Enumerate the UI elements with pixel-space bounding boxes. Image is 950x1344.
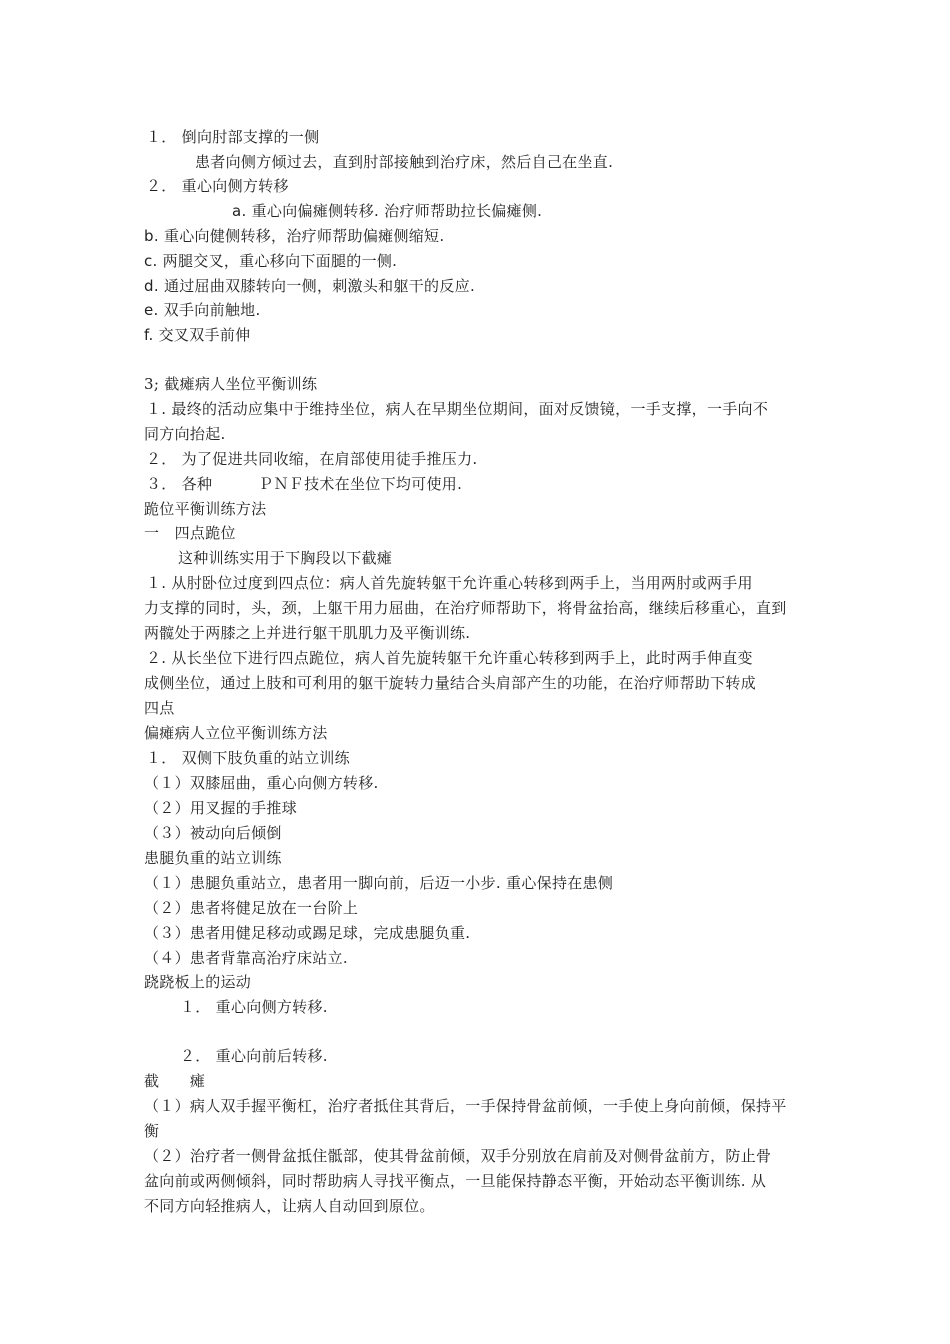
text-line: （２）治疗者一侧骨盆抵住骶部，使其骨盆前倾，双手分别放在肩前及对侧骨盆前方，防止… xyxy=(144,1146,771,1166)
text-line: ２． 为了促进共同收缩，在肩部使用徒手推压力. xyxy=(146,449,477,469)
text-line: ２． 重心向侧方转移 xyxy=(146,176,289,196)
text-line: 成侧坐位，通过上肢和可利用的躯干旋转力量结合头肩部产生的功能，在治疗师帮助下转成 xyxy=(144,673,756,693)
text-line: f. 交叉双手前伸 xyxy=(144,325,250,345)
text-line: 盆向前或两侧倾斜，同时帮助病人寻找平衡点，一旦能保持静态平衡，开始动态平衡训练.… xyxy=(144,1171,766,1191)
text-line: 两髋处于两膝之上并进行躯干肌肌力及平衡训练. xyxy=(144,623,470,643)
text-line: 四点 xyxy=(144,698,175,718)
text-line: 截 瘫 xyxy=(144,1071,205,1091)
text-line: （１）病人双手握平衡杠，治疗者抵住其背后，一手保持骨盆前倾，一手使上身向前倾，保… xyxy=(144,1096,787,1116)
text-line: １. 从肘卧位过度到四点位：病人首先旋转躯干允许重心转移到两手上，当用两肘或两手… xyxy=(146,573,753,593)
text-line: １． 双侧下肢负重的站立训练 xyxy=(146,748,350,768)
text-line: （２）用叉握的手推球 xyxy=(144,798,297,818)
text-line: 衡 xyxy=(144,1121,159,1141)
text-line: a. 重心向偏瘫侧转移. 治疗师帮助拉长偏瘫侧. xyxy=(232,201,542,221)
text-line: 患者向侧方倾过去，直到肘部接触到治疗床，然后自己在坐直. xyxy=(195,152,613,172)
text-line: 同方向抬起. xyxy=(144,424,226,444)
text-line: １. 最终的活动应集中于维持坐位，病人在早期坐位期间，面对反馈镜，一手支撑，一手… xyxy=(146,399,768,419)
text-line: 偏瘫病人立位平衡训练方法 xyxy=(144,723,328,743)
text-line: （１）双膝屈曲，重心向侧方转移. xyxy=(144,773,379,793)
text-line: ２. 从长坐位下进行四点跪位，病人首先旋转躯干允许重心转移到两手上，此时两手伸直… xyxy=(146,648,753,668)
text-line: e. 双手向前触地. xyxy=(144,300,261,320)
text-line: d. 通过屈曲双膝转向一侧，刺激头和躯干的反应. xyxy=(144,276,475,296)
text-line: （３）患者用健足移动或踢足球，完成患腿负重. xyxy=(144,923,470,943)
text-line: １． 倒向肘部支撑的一侧 xyxy=(146,127,319,147)
text-line: 3; 截瘫病人坐位平衡训练 xyxy=(144,374,317,394)
text-line: ２． 重心向前后转移. xyxy=(180,1046,328,1066)
text-line: （４）患者背靠高治疗床站立. xyxy=(144,948,348,968)
text-line: 不同方向轻推病人，让病人自动回到原位。 xyxy=(144,1196,435,1216)
text-line: 力支撑的同时，头，颈，上躯干用力屈曲，在治疗师帮助下，将骨盆抬高，继续后移重心，… xyxy=(144,598,787,618)
text-line: 一 四点跪位 xyxy=(144,523,236,543)
text-line: ３． 各种 ＰＮＦ技术在坐位下均可使用. xyxy=(146,474,462,494)
text-line: 跷跷板上的运动 xyxy=(144,972,251,992)
text-line: １． 重心向侧方转移. xyxy=(180,997,328,1017)
text-line: 这种训练实用于下胸段以下截瘫 xyxy=(178,548,392,568)
text-line: 跪位平衡训练方法 xyxy=(144,499,266,519)
document-page: １． 倒向肘部支撑的一侧患者向侧方倾过去，直到肘部接触到治疗床，然后自己在坐直.… xyxy=(0,0,950,1344)
text-line: c. 两腿交叉，重心移向下面腿的一侧. xyxy=(144,251,397,271)
text-line: b. 重心向健侧转移，治疗师帮助偏瘫侧缩短. xyxy=(144,226,444,246)
text-line: 患腿负重的站立训练 xyxy=(144,848,282,868)
text-line: （２）患者将健足放在一台阶上 xyxy=(144,898,358,918)
text-line: （１）患腿负重站立，患者用一脚向前，后迈一小步. 重心保持在患侧 xyxy=(144,873,613,893)
text-line: （３）被动向后倾倒 xyxy=(144,823,282,843)
